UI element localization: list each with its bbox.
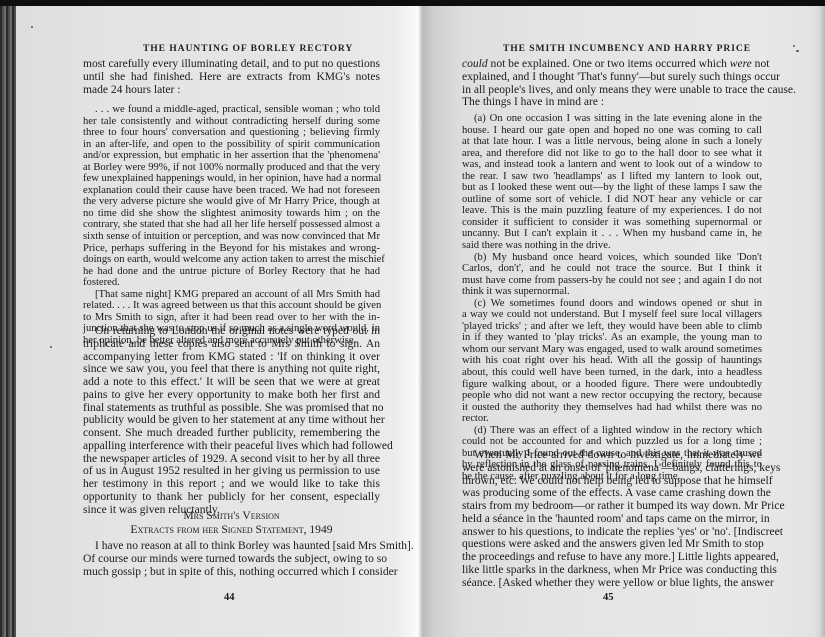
text-line: whom our servant Mary was engaged, used … <box>462 344 762 356</box>
text-line: no time did she show the slightest animo… <box>83 208 380 220</box>
text-line: accompanying letter from KMG stated : 'I… <box>83 351 380 364</box>
text-line: final statements as truthful as possible… <box>83 402 380 415</box>
paper-speck <box>31 26 33 28</box>
paper-speck <box>796 50 799 52</box>
text-line: at Borley were 99%, if not 100% normally… <box>83 162 380 174</box>
text-line: Price, perhaps suffering in the Beyond f… <box>83 243 380 255</box>
text-line: was, and instead took a lantern and went… <box>462 159 762 171</box>
text-line: could not be accounted for and which puz… <box>462 436 762 448</box>
text-line: a way we could not understand. But I mys… <box>462 309 762 321</box>
text-line: in an after-life, and open to the possib… <box>83 139 380 151</box>
right-page: THE SMITH INCUMBENCY AND HARRY PRICE cou… <box>422 6 825 637</box>
text-line: could not be explained. One or two items… <box>462 58 762 71</box>
text-line: three to four hours' conversation and qu… <box>83 127 380 139</box>
text-line-rest: not be explained. One or two items occur… <box>488 58 770 70</box>
text-line: with his coat right over his head. With … <box>462 355 762 367</box>
text-line: doings on earth, would welcome any actio… <box>83 254 380 266</box>
right-intro-paragraph: could not be explained. One or two items… <box>462 58 762 109</box>
text-line: explained, and I thought 'That's funny'—… <box>462 71 762 84</box>
item-c: (c) We sometimes found doors and windows… <box>462 298 762 310</box>
running-head-right: THE SMITH INCUMBENCY AND HARRY PRICE <box>503 43 751 54</box>
numbered-items: (a) On one occasion I was sitting in the… <box>462 113 762 483</box>
text-line: consider it sufficient to consider it wa… <box>462 217 762 229</box>
text-line: was producing some of the effects. A vas… <box>462 487 762 500</box>
kmg-notes-quote: . . . we found a middle-aged, practical,… <box>83 104 380 346</box>
text-line: figure walking about, or a hooded figure… <box>462 379 762 391</box>
text-line: When Mr Price arrived down to investigat… <box>462 449 762 462</box>
text-line: The things I have in mind are : <box>462 96 762 109</box>
text-line: it ousted the authority they themselves … <box>462 402 762 414</box>
text-line: her tale consistently and without contra… <box>83 116 380 128</box>
text-line: about, this could well have been turned,… <box>462 367 762 379</box>
text-line: Carlos, don't', and he could not trace t… <box>462 263 762 275</box>
text-line: like little sparks in the darkness, when… <box>462 564 762 577</box>
text-line: were astonished at an onset of 'phenomen… <box>462 462 762 475</box>
text-line: the proceedings and refuse to have any m… <box>462 551 762 564</box>
text-line: questions were asked and the answers giv… <box>462 538 762 551</box>
text-line: in all people's lives, and only means th… <box>462 84 762 97</box>
text-line: must have come from passers-by he could … <box>462 275 762 287</box>
text-line: thrown, etc. We could not help being led… <box>462 475 762 488</box>
text-line: her testimony in this report ; and we wo… <box>83 478 380 491</box>
text-line: 'played tricks' ; and after we left, the… <box>462 321 762 333</box>
left-intro-paragraph: most carefully every illuminating detail… <box>83 58 380 96</box>
page-number-left: 44 <box>224 592 235 603</box>
text-line: to Mrs Smith to sign, after it had been … <box>83 312 380 324</box>
text-line: much gossip ; but in spite of this, noth… <box>83 566 380 579</box>
statement-paragraph: I have no reason at all to think Borley … <box>83 540 380 578</box>
italic-could: could <box>462 58 488 70</box>
text-line: but as I looked these went out—by the li… <box>462 182 762 194</box>
text-line: think it was supernormal. <box>462 286 762 298</box>
text-line: publicity would be given to her statemen… <box>83 414 380 427</box>
text-line: at that late hour. I was a little nervou… <box>462 136 762 148</box>
text-line: séance. [Asked whether they were yellow … <box>462 577 762 590</box>
text-line: outline of some sort of vehicle. I did N… <box>462 194 762 206</box>
left-page: THE HAUNTING OF BORLEY RECTORY most care… <box>0 6 422 637</box>
item-d: (d) There was an effect of a lighted win… <box>462 425 762 437</box>
text-line: On returning to London the original note… <box>83 325 380 338</box>
right-body-paragraph: When Mr Price arrived down to investigat… <box>462 449 762 589</box>
text-line: the newspaper articles of 1929. A second… <box>83 453 380 466</box>
item-b: (b) My husband once heard voices, which … <box>462 252 762 264</box>
text-line: house. I heard our gate open and hoped n… <box>462 125 762 137</box>
running-head-left: THE HAUNTING OF BORLEY RECTORY <box>143 43 353 54</box>
text-line: sixth sense of intuition or perception, … <box>83 231 380 243</box>
text-line: held a séance in the 'haunted room' and … <box>462 513 762 526</box>
text-line: people who did not want a new rector occ… <box>462 390 762 402</box>
section-heading: Mrs Smith's Version <box>83 509 380 522</box>
text-line: contrary, she stated that she had all he… <box>83 219 380 231</box>
text-line: the very adverse picture she would give … <box>83 196 380 208</box>
text-line: and/or expression, but emphatic in her a… <box>83 150 380 162</box>
text-line: area, and therefore did not like to go t… <box>462 148 762 160</box>
text-line: stairs from my bedroom—or rather it bump… <box>462 500 762 513</box>
text-line: made 24 hours later : <box>83 84 380 97</box>
paper-speck <box>793 45 795 47</box>
text-line: leave. This is the main puzzling feature… <box>462 205 762 217</box>
text-line: opportunity to thank her publicly for he… <box>83 491 380 504</box>
text-line: in if they wanted to 'play tricks'. As a… <box>462 332 762 344</box>
section-subheading: Extracts from her Signed Statement, 1949 <box>83 523 380 536</box>
text-line: appalling interference with their peacef… <box>83 440 380 453</box>
text-line: I have no reason at all to think Borley … <box>83 540 380 553</box>
page-number-right: 45 <box>603 592 614 603</box>
text-line: said there was nothing in the drive. <box>462 240 762 252</box>
text-line: triplicate and these copies also sent to… <box>83 338 380 351</box>
left-body-paragraph: On returning to London the original note… <box>83 325 380 516</box>
text-line: Of course our minds were turned towards … <box>83 553 380 566</box>
text-line: fostered. <box>83 277 380 289</box>
text-line: pains to give her every opportunity to m… <box>83 389 380 402</box>
text-line: since we saw you, you feel that there is… <box>83 363 380 376</box>
text-line: consent. She much dreaded further public… <box>83 427 380 440</box>
text-line: the rear. I saw two 'headlamps' as I lif… <box>462 171 762 183</box>
text-line: rector. <box>462 413 762 425</box>
page-edge-stack <box>0 6 16 637</box>
text-line: add a note to this effect.' It will be s… <box>83 376 380 389</box>
text-line: related. . . . It was agreed between us … <box>83 300 380 312</box>
text-line: uncanny. But I can't explain it . . . Wh… <box>462 228 762 240</box>
text-line: of us in August 1952 resulted in her giv… <box>83 465 380 478</box>
text-line: he had done and the untrue picture of Bo… <box>83 266 380 278</box>
text-line: . . . we found a middle-aged, practical,… <box>83 104 380 116</box>
paper-speck <box>50 346 52 348</box>
text-line: until she had finished. Here are extract… <box>83 71 380 84</box>
text-line: explanation could their cause have been … <box>83 185 380 197</box>
item-a: (a) On one occasion I was sitting in the… <box>462 113 762 125</box>
text-line: [That same night] KMG prepared an accoun… <box>83 289 380 301</box>
text-line: answer to his questions, to indicate the… <box>462 526 762 539</box>
text-line: few unexplained happenings would, in her… <box>83 173 380 185</box>
text-line: most carefully every illuminating detail… <box>83 58 380 71</box>
